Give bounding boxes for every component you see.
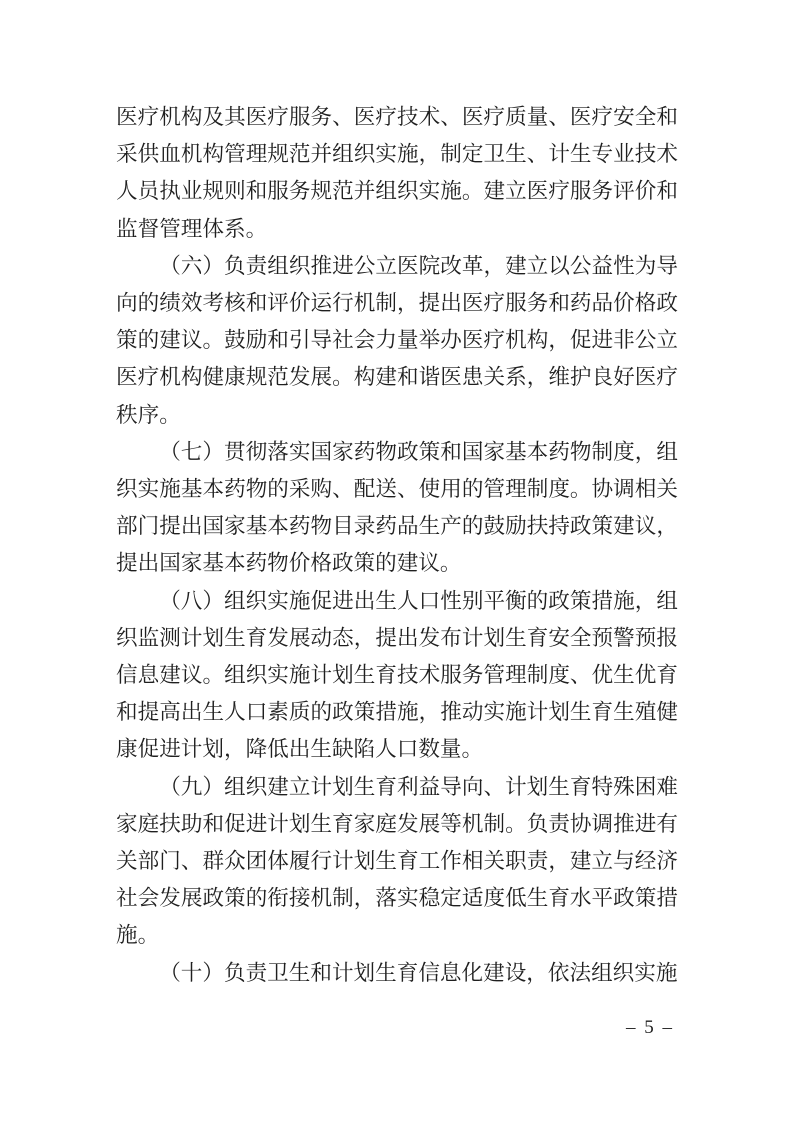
body-paragraph-item-8: （八）组织实施促进出生人口性别平衡的政策措施，组织监测计划生育发展动态，提出发布… [116,583,678,769]
body-paragraph-item-6: （六）负责组织推进公立医院改革，建立以公益性为导向的绩效考核和评价运行机制，提出… [116,248,678,434]
body-paragraph-continuation: 医疗机构及其医疗服务、医疗技术、医疗质量、医疗安全和采供血机构管理规范并组织实施… [116,99,678,248]
body-paragraph-item-10: （十）负责卫生和计划生育信息化建设，依法组织实施 [116,955,678,992]
document-page: 医疗机构及其医疗服务、医疗技术、医疗质量、医疗安全和采供血机构管理规范并组织实施… [0,0,794,1122]
document-body: 医疗机构及其医疗服务、医疗技术、医疗质量、医疗安全和采供血机构管理规范并组织实施… [116,99,678,992]
page-number: – 5 – [626,1014,674,1042]
body-paragraph-item-7: （七）贯彻落实国家药物政策和国家基本药物制度，组织实施基本药物的采购、配送、使用… [116,434,678,583]
body-paragraph-item-9: （九）组织建立计划生育利益导向、计划生育特殊困难家庭扶助和促进计划生育家庭发展等… [116,769,678,955]
